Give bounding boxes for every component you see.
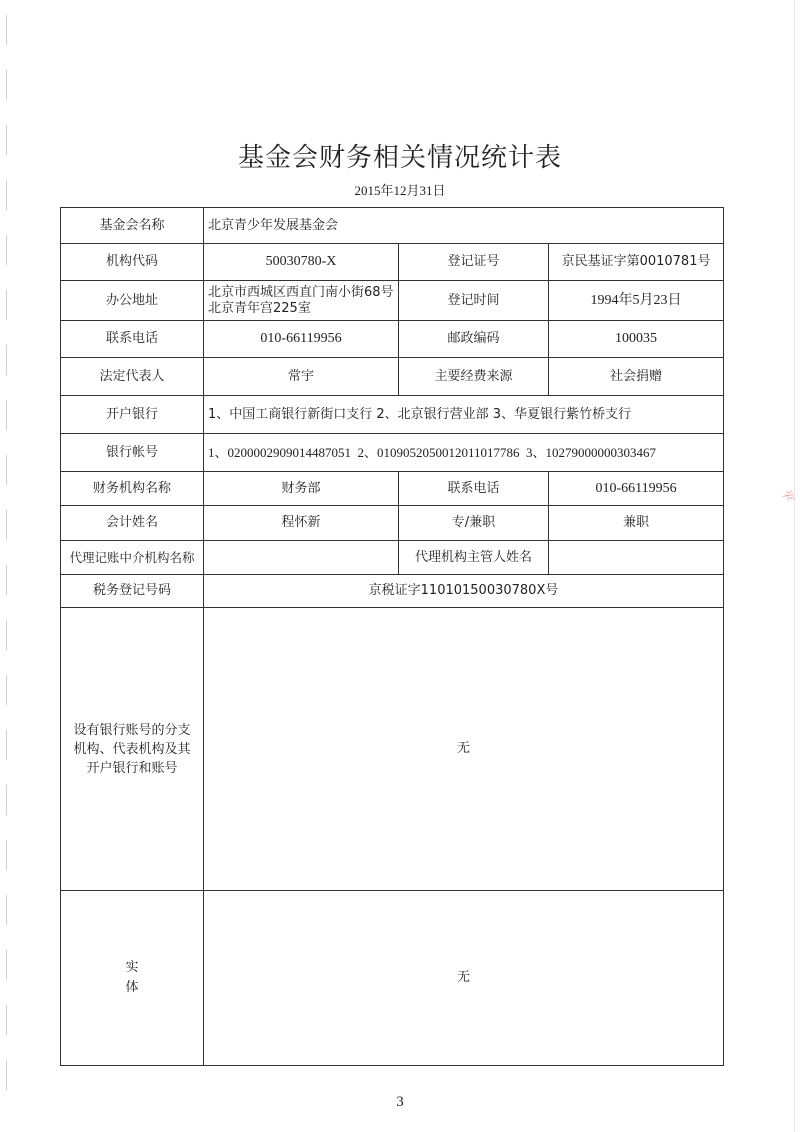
page-number: 3: [0, 1094, 800, 1111]
legal-rep-label: 法定代表人: [61, 358, 204, 396]
postal-code-label: 邮政编码: [399, 321, 549, 358]
entity-label: 实 体: [61, 891, 204, 1066]
entity-value: 无: [204, 891, 724, 1066]
funding-source-label: 主要经费来源: [399, 358, 549, 396]
document-title: 基金会财务相关情况统计表: [0, 137, 800, 174]
finance-dept-value: 财务部: [204, 472, 399, 506]
table-row: 设有银行账号的分支 机构、代表机构及其 开户银行和账号 无: [61, 608, 724, 891]
binding-mark: [6, 70, 7, 100]
entity-label-char1: 实: [125, 958, 139, 978]
office-address-line1: 北京市西城区西直门南小街68号: [208, 285, 394, 301]
finance-phone-value: 010-66119956: [549, 472, 724, 506]
legal-rep-value: 常宇: [204, 358, 399, 396]
office-address-line2: 北京青年宫225室: [208, 301, 394, 317]
office-address-label: 办公地址: [61, 281, 204, 321]
bank-label: 开户银行: [61, 396, 204, 434]
registration-no-value: 京民基证字第0010781号: [549, 244, 724, 281]
binding-mark: [6, 345, 7, 375]
registration-date-label: 登记时间: [399, 281, 549, 321]
binding-mark: [6, 620, 7, 650]
financial-info-table: 基金会名称 北京青少年发展基金会 机构代码 50030780-X 登记证号 京民…: [60, 207, 724, 1066]
bank-account-value: 1、0200002909014487051 2、0109052050012011…: [204, 434, 724, 472]
binding-mark: [6, 400, 7, 430]
employment-type-value: 兼职: [549, 506, 724, 541]
table-row: 联系电话 010-66119956 邮政编码 100035: [61, 321, 724, 358]
binding-mark: [6, 290, 7, 320]
binding-mark: [6, 1005, 7, 1035]
phone-value: 010-66119956: [204, 321, 399, 358]
tax-reg-label: 税务登记号码: [61, 575, 204, 608]
phone-label: 联系电话: [61, 321, 204, 358]
binding-mark: [6, 895, 7, 925]
agent-org-value: [204, 541, 399, 575]
table-row: 开户银行 1、中国工商银行新街口支行 2、北京银行营业部 3、华夏银行紫竹桥支行: [61, 396, 724, 434]
branches-label: 设有银行账号的分支 机构、代表机构及其 开户银行和账号: [61, 608, 204, 891]
entity-label-char2: 体: [125, 978, 139, 998]
funding-source-value: 社会捐赠: [549, 358, 724, 396]
binding-mark: [6, 455, 7, 485]
agent-manager-value: [549, 541, 724, 575]
table-row: 机构代码 50030780-X 登记证号 京民基证字第0010781号: [61, 244, 724, 281]
accountant-value: 程怀新: [204, 506, 399, 541]
binding-mark: [6, 235, 7, 265]
table-row: 代理记账中介机构名称 代理机构主管人姓名: [61, 541, 724, 575]
agent-manager-label: 代理机构主管人姓名: [399, 541, 549, 575]
branches-label-line1: 设有银行账号的分支: [65, 721, 199, 740]
binding-mark: [6, 950, 7, 980]
report-date: 2015年12月31日: [0, 180, 800, 199]
org-code-label: 机构代码: [61, 244, 204, 281]
foundation-name-label: 基金会名称: [61, 208, 204, 244]
accountant-label: 会计姓名: [61, 506, 204, 541]
binding-mark: [6, 15, 7, 45]
table-row: 实 体 无: [61, 891, 724, 1066]
table-row: 会计姓名 程怀新 专/兼职 兼职: [61, 506, 724, 541]
foundation-name-value: 北京青少年发展基金会: [204, 208, 724, 244]
finance-dept-label: 财务机构名称: [61, 472, 204, 506]
branches-label-line2: 机构、代表机构及其: [65, 740, 199, 759]
employment-type-label: 专/兼职: [399, 506, 549, 541]
office-address-value: 北京市西城区西直门南小街68号 北京青年宫225室: [204, 281, 399, 321]
registration-no-label: 登记证号: [399, 244, 549, 281]
binding-mark: [6, 565, 7, 595]
binding-mark: [6, 510, 7, 540]
table-row: 办公地址 北京市西城区西直门南小街68号 北京青年宫225室 登记时间 1994…: [61, 281, 724, 321]
tax-reg-value: 京税证字11010150030780X号: [204, 575, 724, 608]
table-row: 基金会名称 北京青少年发展基金会: [61, 208, 724, 244]
org-code-value: 50030780-X: [204, 244, 399, 281]
finance-phone-label: 联系电话: [399, 472, 549, 506]
table-row: 税务登记号码 京税证字11010150030780X号: [61, 575, 724, 608]
branches-label-line3: 开户银行和账号: [65, 759, 199, 778]
bank-account-label: 银行帐号: [61, 434, 204, 472]
binding-mark: [6, 1060, 7, 1090]
table-row: 银行帐号 1、0200002909014487051 2、01090520500…: [61, 434, 724, 472]
table-row: 财务机构名称 财务部 联系电话 010-66119956: [61, 472, 724, 506]
registration-date-value: 1994年5月23日: [549, 281, 724, 321]
bank-value: 1、中国工商银行新街口支行 2、北京银行营业部 3、华夏银行紫竹桥支行: [204, 396, 724, 434]
agent-org-label: 代理记账中介机构名称: [61, 541, 204, 575]
binding-mark: [6, 840, 7, 870]
binding-mark: [6, 675, 7, 705]
binding-mark: [6, 730, 7, 760]
postal-code-value: 100035: [549, 321, 724, 358]
table-row: 法定代表人 常宇 主要经费来源 社会捐赠: [61, 358, 724, 396]
branches-value: 无: [204, 608, 724, 891]
binding-mark: [6, 785, 7, 815]
